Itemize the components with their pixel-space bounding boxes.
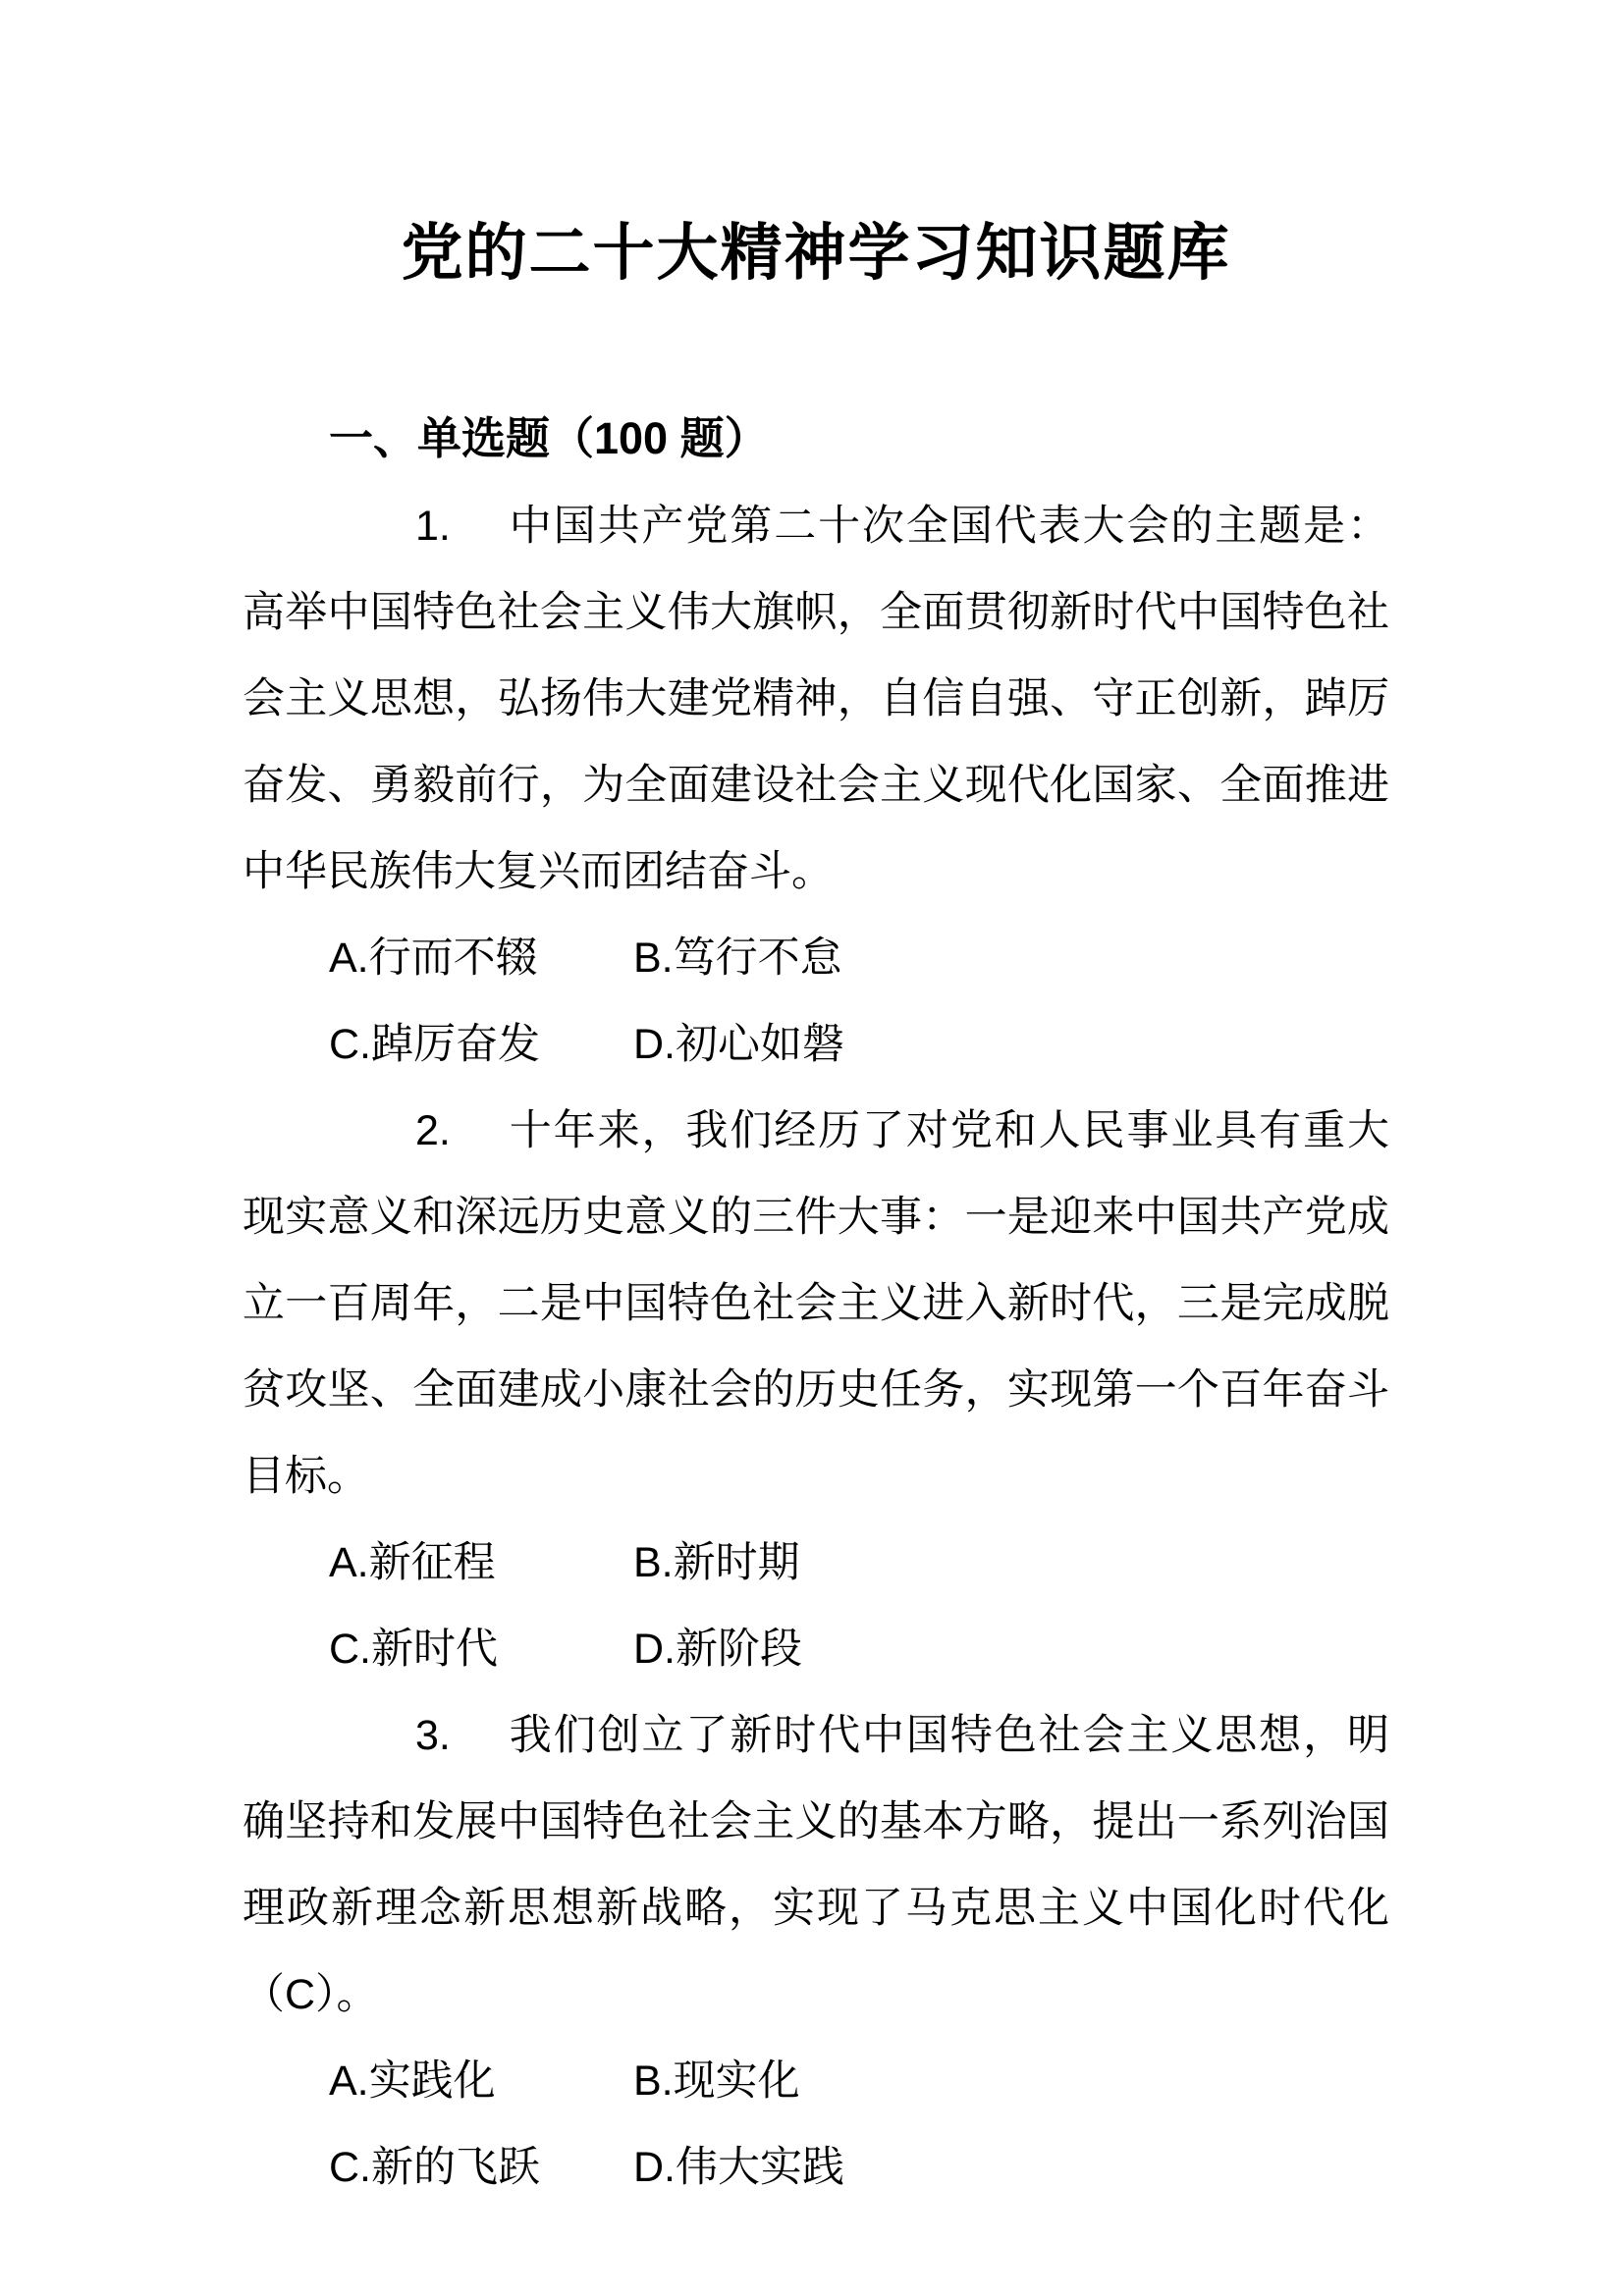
question-1-option-a: A.行而不辍 bbox=[329, 915, 633, 1001]
question-2-option-b: B.新时期 bbox=[633, 1520, 800, 1606]
document-title: 党的二十大精神学习知识题库 bbox=[243, 214, 1389, 294]
question-1-options-row-ab: A.行而不辍B.笃行不怠 bbox=[243, 915, 1389, 1001]
question-3-options-row-ab: A.实践化B.现实化 bbox=[243, 2038, 1389, 2124]
document-page: 党的二十大精神学习知识题库 一、单选题（100 题） 1.中国共产党第二十次全国… bbox=[0, 0, 1624, 2296]
section-heading: 一、单选题（100 题） bbox=[329, 408, 1389, 469]
question-2-options-row-ab: A.新征程B.新时期 bbox=[243, 1520, 1389, 1606]
question-2-option-d: D.新阶段 bbox=[633, 1606, 802, 1692]
question-1-option-c: C.踔厉奋发 bbox=[329, 1001, 633, 1088]
question-2: 2.十年来，我们经历了对党和人民事业具有重大现实意义和深远历史意义的三件大事：一… bbox=[243, 1088, 1389, 1692]
question-2-text: 2.十年来，我们经历了对党和人民事业具有重大现实意义和深远历史意义的三件大事：一… bbox=[243, 1088, 1389, 1520]
question-2-option-c: C.新时代 bbox=[329, 1606, 633, 1692]
question-1: 1.中国共产党第二十次全国代表大会的主题是：高举中国特色社会主义伟大旗帜，全面贯… bbox=[243, 483, 1389, 1088]
question-3-option-a: A.实践化 bbox=[329, 2038, 633, 2124]
question-3-option-c: C.新的飞跃 bbox=[329, 2124, 633, 2211]
question-3-option-b: B.现实化 bbox=[633, 2038, 800, 2124]
question-3-options-row-cd: C.新的飞跃D.伟大实践 bbox=[243, 2124, 1389, 2211]
question-3: 3.我们创立了新时代中国特色社会主义思想，明确坚持和发展中国特色社会主义的基本方… bbox=[243, 1692, 1389, 2211]
question-2-option-a: A.新征程 bbox=[329, 1520, 633, 1606]
question-3-text: 3.我们创立了新时代中国特色社会主义思想，明确坚持和发展中国特色社会主义的基本方… bbox=[243, 1692, 1389, 2038]
question-1-text: 1.中国共产党第二十次全国代表大会的主题是：高举中国特色社会主义伟大旗帜，全面贯… bbox=[243, 483, 1389, 915]
question-3-number: 3. bbox=[329, 1692, 451, 1779]
question-1-number: 1. bbox=[329, 483, 451, 569]
question-2-number: 2. bbox=[329, 1088, 451, 1174]
question-1-option-b: B.笃行不怠 bbox=[633, 915, 842, 1001]
question-3-option-d: D.伟大实践 bbox=[633, 2124, 844, 2211]
question-1-options-row-cd: C.踔厉奋发D.初心如磐 bbox=[243, 1001, 1389, 1088]
question-2-options-row-cd: C.新时代D.新阶段 bbox=[243, 1606, 1389, 1692]
question-1-option-d: D.初心如磐 bbox=[633, 1001, 844, 1088]
